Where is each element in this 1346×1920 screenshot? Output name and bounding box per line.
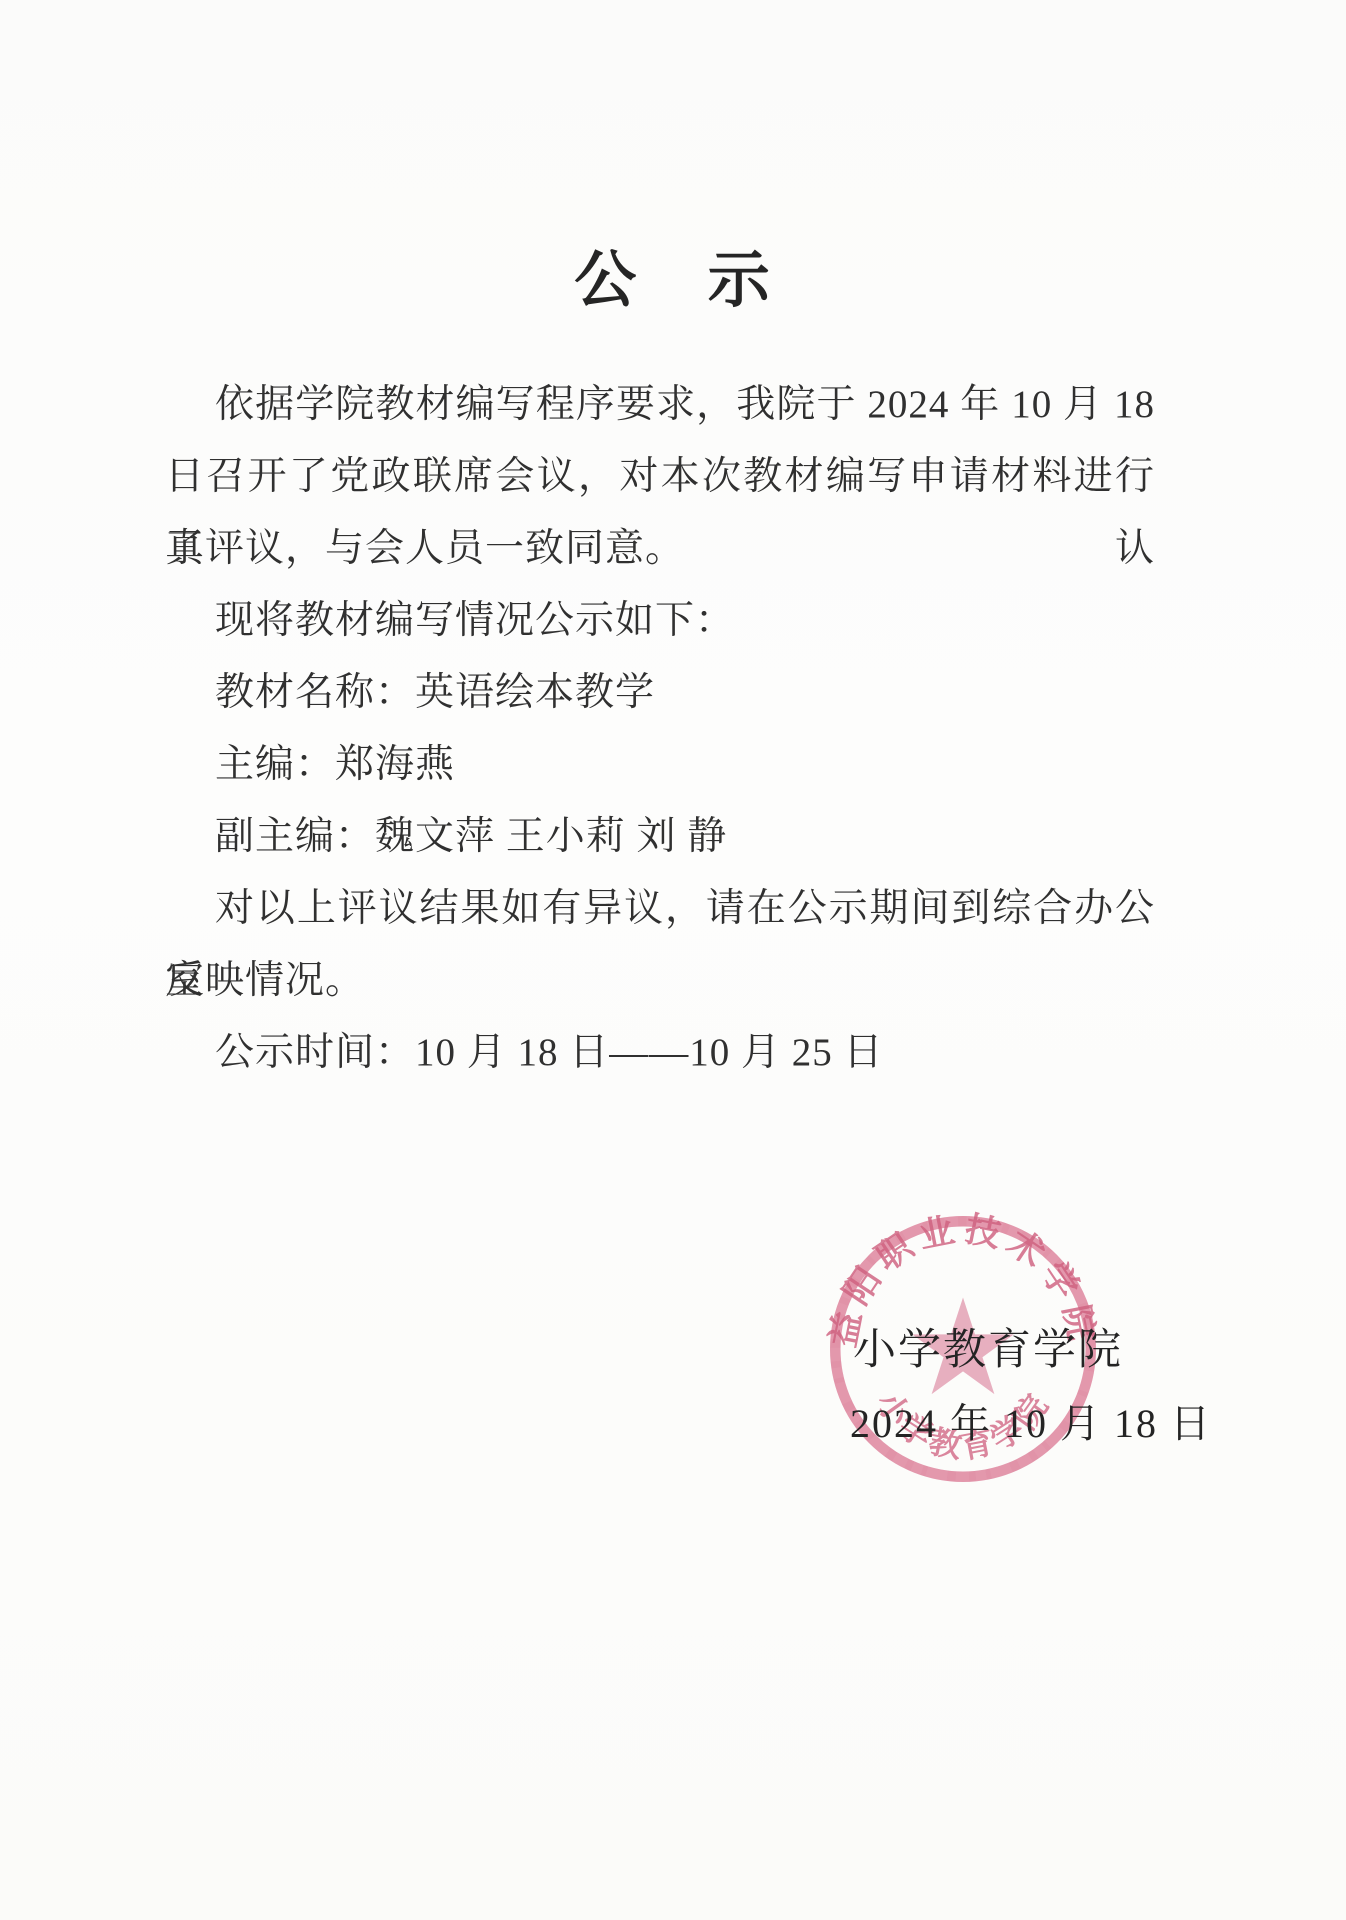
signature-department: 小学教育学院 [853,1316,1123,1377]
body-line: 现将教材编写情况公示如下： [165,585,1155,657]
body-line: 主编：郑海燕 [165,729,1155,801]
body-line: 对以上评议结果如有异议，请在公示期间到综合办公室 [165,873,1155,945]
body-line: 依据学院教材编写程序要求，我院于 2024 年 10 月 18 [165,369,1155,441]
body-line: 副主编：魏文萍 王小莉 刘 静 [165,801,1155,873]
scanned-notice-page: 公 示 依据学院教材编写程序要求，我院于 2024 年 10 月 18 日召开了… [0,0,1346,1920]
body-line: 反映情况。 [165,945,1155,1017]
body-line: 公示时间：10 月 18 日——10 月 25 日 [165,1017,1155,1089]
body-line: 日召开了党政联席会议，对本次教材编写申请材料进行了认 [165,441,1155,513]
signature-date: 2024 年 10 月 18 日 [850,1392,1212,1449]
body-line: 教材名称：英语绘本教学 [165,657,1155,729]
notice-body: 依据学院教材编写程序要求，我院于 2024 年 10 月 18 日召开了党政联席… [165,369,1155,1089]
page-title: 公 示 [0,230,1346,319]
